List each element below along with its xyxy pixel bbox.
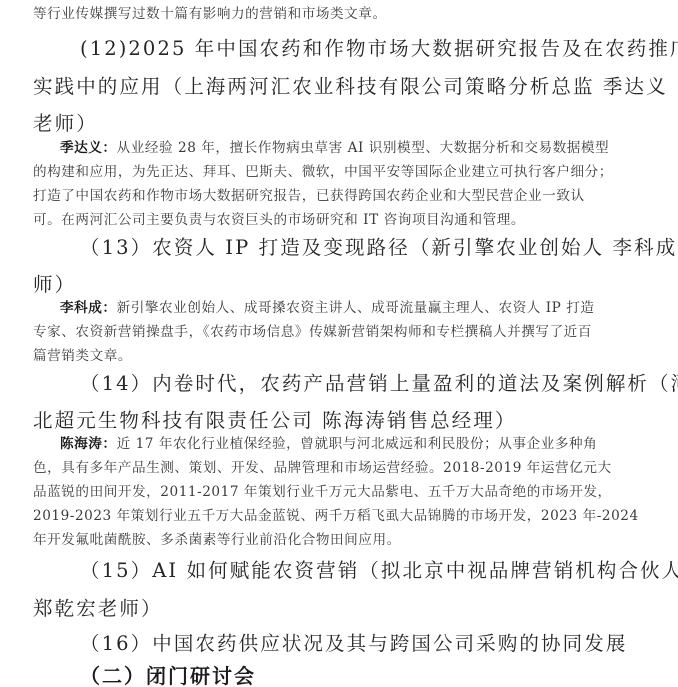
item-14-title-line-1: （14）内卷时代，农药产品营销上量盈利的道法及案例解析（河 xyxy=(80,368,678,396)
item-13-title-line-2: 师） xyxy=(33,269,76,297)
speaker-name: 季达义： xyxy=(60,140,117,156)
item-13-bio-line-1: 李科成：新引擎农业创始人、成哥搡农资主讲人、成哥流量赢主理人、农资人 IP 打造 xyxy=(60,296,595,316)
item-14-bio-line-3: 品蓝锐的田间开发，2011-2017 年策划行业千万元大品紫电、五千万大品奇绝的… xyxy=(33,480,612,500)
item-16-title-line-1: （16）中国农药供应状况及其与跨国公司采购的协同发展 xyxy=(80,628,627,656)
item-12-title-line-2: 实践中的应用（上海两河汇农业科技有限公司策略分析总监 季达义 xyxy=(33,71,668,99)
item-12-bio-line-2: 的构建和应用，为先正达、拜耳、巴斯夫、微软，中国平安等国际企业建立可执行客户细分… xyxy=(33,160,613,180)
item-12-bio-line-1: 季达义：从业经验 28 年，擅长作物病虫草害 AI 识别模型、大数据分析和交易数… xyxy=(60,136,609,156)
item-12-title-line-3: 老师） xyxy=(33,108,98,136)
bio-text: 新引擎农业创始人、成哥搡农资主讲人、成哥流量赢主理人、农资人 IP 打造 xyxy=(117,300,595,316)
item-12-title-line-1: (12)2025 年中国农药和作物市场大数据研究报告及在农药推广 xyxy=(80,33,678,61)
item-13-bio-line-3: 篇营销类文章。 xyxy=(33,344,132,364)
item-14-bio-line-1: 陈海涛：近 17 年农化行业植保经验，曾就职与河北威远和利民股份；从事企业多种角 xyxy=(60,432,597,452)
item-13-bio-line-2: 专家、农资新营销操盘手，《农药市场信息》传媒新营销架构师和专栏撰稿人并撰写了近百 xyxy=(33,320,592,340)
top-fragment-text: 等行业传媒撰写过数十篇有影响力的营销和市场类文章。 xyxy=(33,2,387,22)
item-13-title-line-1: （13）农资人 IP 打造及变现路径（新引擎农业创始人 李科成老 xyxy=(80,232,678,260)
section-heading-closed-seminar: （二）闭门研讨会 xyxy=(80,660,256,687)
speaker-name: 陈海涛： xyxy=(60,436,117,452)
bio-text: 近 17 年农化行业植保经验，曾就职与河北威远和利民股份；从事企业多种角 xyxy=(117,436,598,452)
item-15-title-line-1: （15）AI 如何赋能农资营销（拟北京中视品牌营销机构合伙人 xyxy=(80,555,678,583)
item-14-title-line-2: 北超元生物科技有限责任公司 陈海涛销售总经理） xyxy=(33,405,517,433)
item-14-bio-line-2: 色，具有多年产品生测、策划、开发、品牌管理和市场运营经验。2018-2019 年… xyxy=(33,456,612,476)
item-14-bio-line-4: 2019-2023 年策划行业五千万大品金蓝锐、两千万稻飞虱大品锦腾的市场开发，… xyxy=(33,504,639,524)
bio-text: 从业经验 28 年，擅长作物病虫草害 AI 识别模型、大数据分析和交易数据模型 xyxy=(117,140,610,156)
item-15-title-line-2: 郑乾宏老师） xyxy=(33,593,163,621)
speaker-name: 李科成： xyxy=(60,300,117,316)
item-12-bio-line-3: 打造了中国农药和作物市场大数据研究报告，已获得跨国农药企业和大型民营企业一致认 xyxy=(33,184,585,204)
item-12-bio-line-4: 可。在两河汇公司主要负责与农资巨头的市场研究和 IT 咨询项目沟通和管理。 xyxy=(33,208,525,228)
item-14-bio-line-5: 年开发氟吡菌酰胺、多杀菌素等行业前沿化合物田间应用。 xyxy=(33,528,401,548)
